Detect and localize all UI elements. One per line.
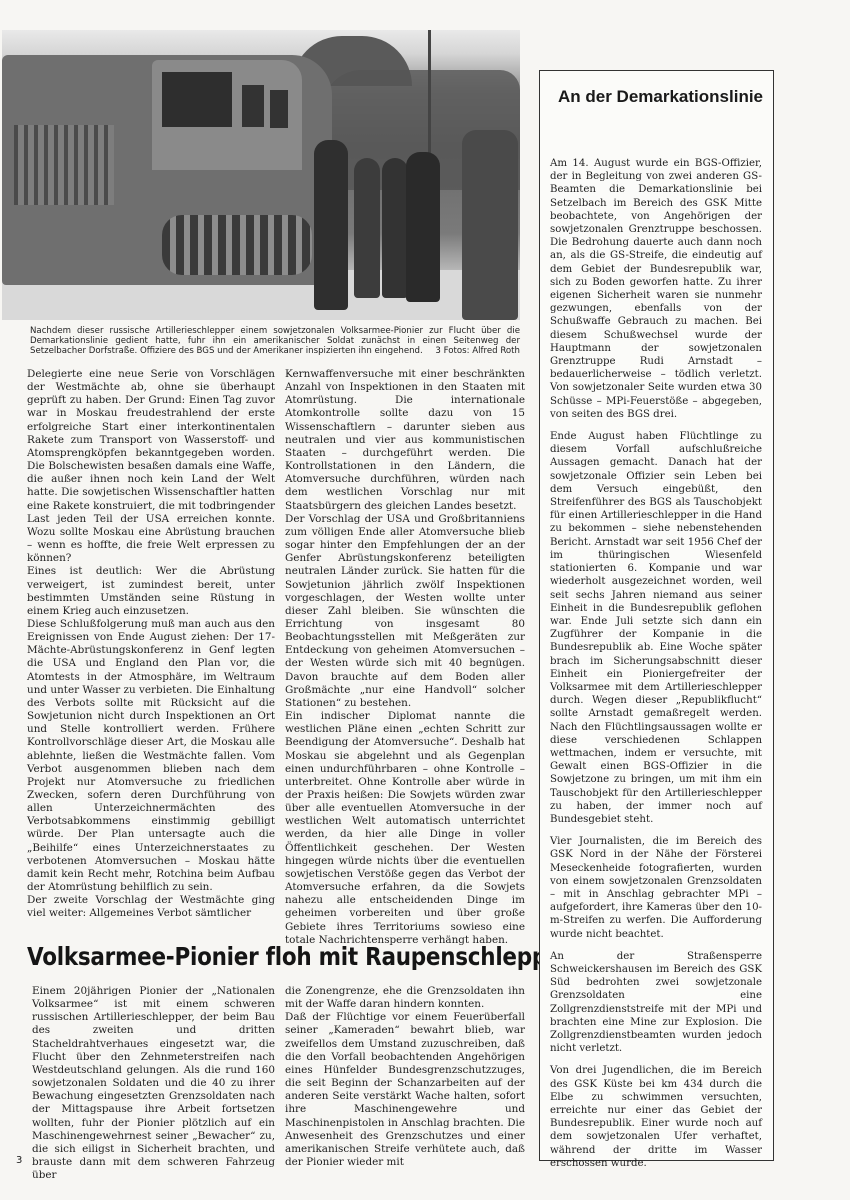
photo-person [382,158,408,298]
paragraph: Der zweite Vorschlag der Westmächte ging… [27,894,275,920]
sidebar-paragraph: Von drei Jugendlichen, die im Bereich de… [550,1064,762,1170]
photo-grille [14,125,114,205]
sidebar-body: Am 14. August wurde ein BGS-Offizier, de… [550,157,762,1179]
paragraph: Eines ist deutlich: Wer die Abrüstung ve… [27,565,275,618]
paragraph: Einem 20jährigen Pionier der „Nationalen… [32,985,275,1182]
photo-window [270,90,288,128]
photo-person [406,152,440,302]
photo-window [242,85,264,127]
photo-track [162,215,312,275]
article-top-column-2: Kernwaffenversuche mit einer beschränkte… [285,368,525,947]
paragraph: Kernwaffenversuche mit einer beschränkte… [285,368,525,513]
photo-window [162,72,232,127]
paragraph: Der Vorschlag der USA und Großbritannien… [285,513,525,710]
page-number: 3 [16,1155,22,1166]
article-bottom-column-1: Einem 20jährigen Pionier der „Nationalen… [32,985,275,1182]
photo-person [462,130,518,320]
photo-person [314,140,348,310]
paragraph: Daß der Flüchtige vor einem Feuerüberfal… [285,1011,525,1169]
sidebar-paragraph: Am 14. August wurde ein BGS-Offizier, de… [550,157,762,421]
sidebar-paragraph: Vier Journalisten, die im Bereich des GS… [550,835,762,941]
article-top-column-1: Delegierte eine neue Serie von Vorschläg… [27,368,275,921]
sidebar-paragraph: Ende August haben Flüchtlinge zu diesem … [550,430,762,826]
paragraph: die Zonengrenze, ehe die Grenzsoldaten i… [285,985,525,1011]
article-bottom-column-2: die Zonengrenze, ehe die Grenzsoldaten i… [285,985,525,1169]
news-photo [2,30,520,320]
photo-person [354,158,380,298]
paragraph: Delegierte eine neue Serie von Vorschläg… [27,368,275,565]
paragraph: Diese Schlußfolgerung muß man auch aus d… [27,618,275,894]
photo-caption: Nachdem dieser russische Artillerieschle… [30,326,520,357]
sidebar-paragraph: An der Straßensperre Schweickershausen i… [550,950,762,1056]
sidebar-title: An der Demarkationslinie [558,85,768,108]
article-headline: Volksarmee-Pionier floh mit Raupenschlep… [27,940,455,974]
photo-credit: 3 Fotos: Alfred Roth [435,346,520,356]
sidebar-box: An der Demarkationslinie Am 14. August w… [539,70,774,1161]
paragraph: Ein indischer Diplomat nannte die westli… [285,710,525,947]
